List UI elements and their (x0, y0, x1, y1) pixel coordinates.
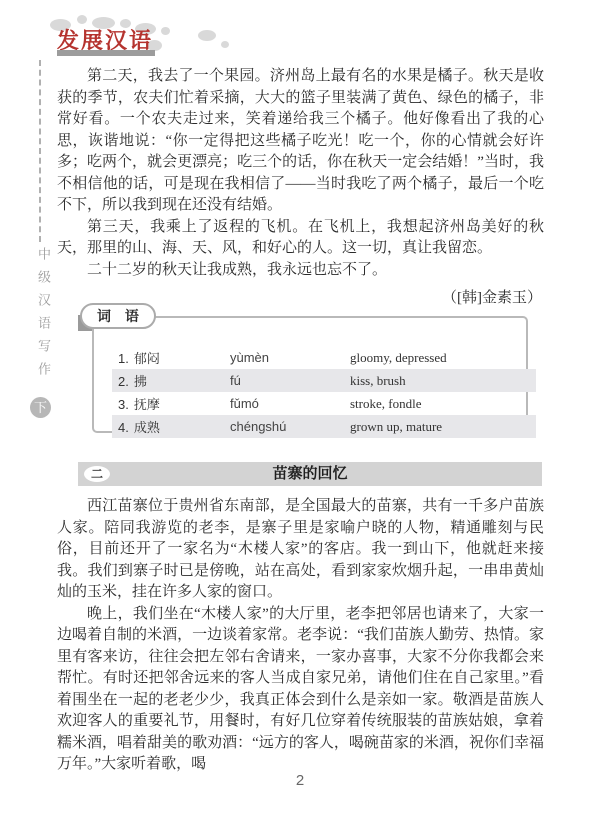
section-number-badge: 二 (84, 466, 110, 482)
vocab-row: 1.郁闷 yùmèn gloomy, depressed (112, 346, 536, 369)
paragraph: 第二天，我去了一个果园。济州岛上最有名的水果是橘子。秋天是收获的季节，农夫们忙着… (57, 66, 544, 217)
vocab-meaning: kiss, brush (350, 373, 536, 389)
vocab-number: 1. (118, 351, 129, 366)
vocab-meaning: stroke, fondle (350, 396, 536, 412)
vocab-word: 抚摩 (134, 397, 160, 412)
paragraph: 二十二岁的秋天让我成熟，我永远也忘不了。 (57, 260, 544, 282)
vocab-number: 3. (118, 397, 129, 412)
vocab-word: 拂 (134, 374, 147, 389)
sidebar-dashed-line (39, 60, 41, 242)
vocab-number: 2. (118, 374, 129, 389)
vocab-table: 1.郁闷 yùmèn gloomy, depressed 2.拂 fú kiss… (112, 346, 536, 438)
section-header-bar: 苗寨的回忆 二 (78, 462, 542, 486)
vocab-meaning: gloomy, depressed (350, 350, 536, 366)
vocab-row: 3.抚摩 fǔmó stroke, fondle (112, 392, 536, 415)
vocab-box-border: 1.郁闷 yùmèn gloomy, depressed 2.拂 fú kiss… (92, 316, 528, 433)
decor-dot (221, 41, 229, 48)
decor-dot (198, 30, 216, 41)
page-number: 2 (0, 772, 600, 789)
vocab-pinyin: yùmèn (230, 350, 350, 365)
section-text-block: 西江苗寨位于贵州省东南部，是全国最大的苗寨，共有一千多户苗族人家。陪同我游览的老… (57, 496, 544, 776)
book-page: 发展汉语 中级汉语写作 下 第二天，我去了一个果园。济州岛上最有名的水果是橘子。… (0, 0, 600, 836)
sidebar-series-title: 中级汉语写作 (34, 247, 53, 385)
vocab-tab-label: 词 语 (80, 303, 156, 329)
vocab-word: 郁闷 (134, 351, 160, 366)
paragraph: 晚上，我们坐在“木楼人家”的大厅里，老李把邻居也请来了，大家一边喝着自制的米酒，… (57, 604, 544, 776)
vocab-pinyin: fú (230, 373, 350, 388)
logo-underline-bar (57, 50, 155, 56)
vocab-word: 成熟 (134, 420, 160, 435)
volume-badge: 下 (30, 397, 51, 418)
vocab-meaning: grown up, mature (350, 419, 536, 435)
paragraph: 第三天，我乘上了返程的飞机。在飞机上，我想起济州岛美好的秋天，那里的山、海、天、… (57, 217, 544, 260)
paragraph: 西江苗寨位于贵州省东南部，是全国最大的苗寨，共有一千多户苗族人家。陪同我游览的老… (57, 496, 544, 604)
decor-dot (77, 15, 87, 24)
vocab-number: 4. (118, 420, 129, 435)
vocab-pinyin: fǔmó (230, 396, 350, 411)
lesson-text-block: 第二天，我去了一个果园。济州岛上最有名的水果是橘子。秋天是收获的季节，农夫们忙着… (57, 66, 544, 310)
vocab-row: 2.拂 fú kiss, brush (112, 369, 536, 392)
vocab-section: 1.郁闷 yùmèn gloomy, depressed 2.拂 fú kiss… (78, 303, 528, 435)
vocab-row: 4.成熟 chéngshú grown up, mature (112, 415, 536, 438)
vocab-pinyin: chéngshú (230, 419, 350, 434)
section-title: 苗寨的回忆 (78, 462, 542, 486)
decor-dot (161, 27, 170, 35)
